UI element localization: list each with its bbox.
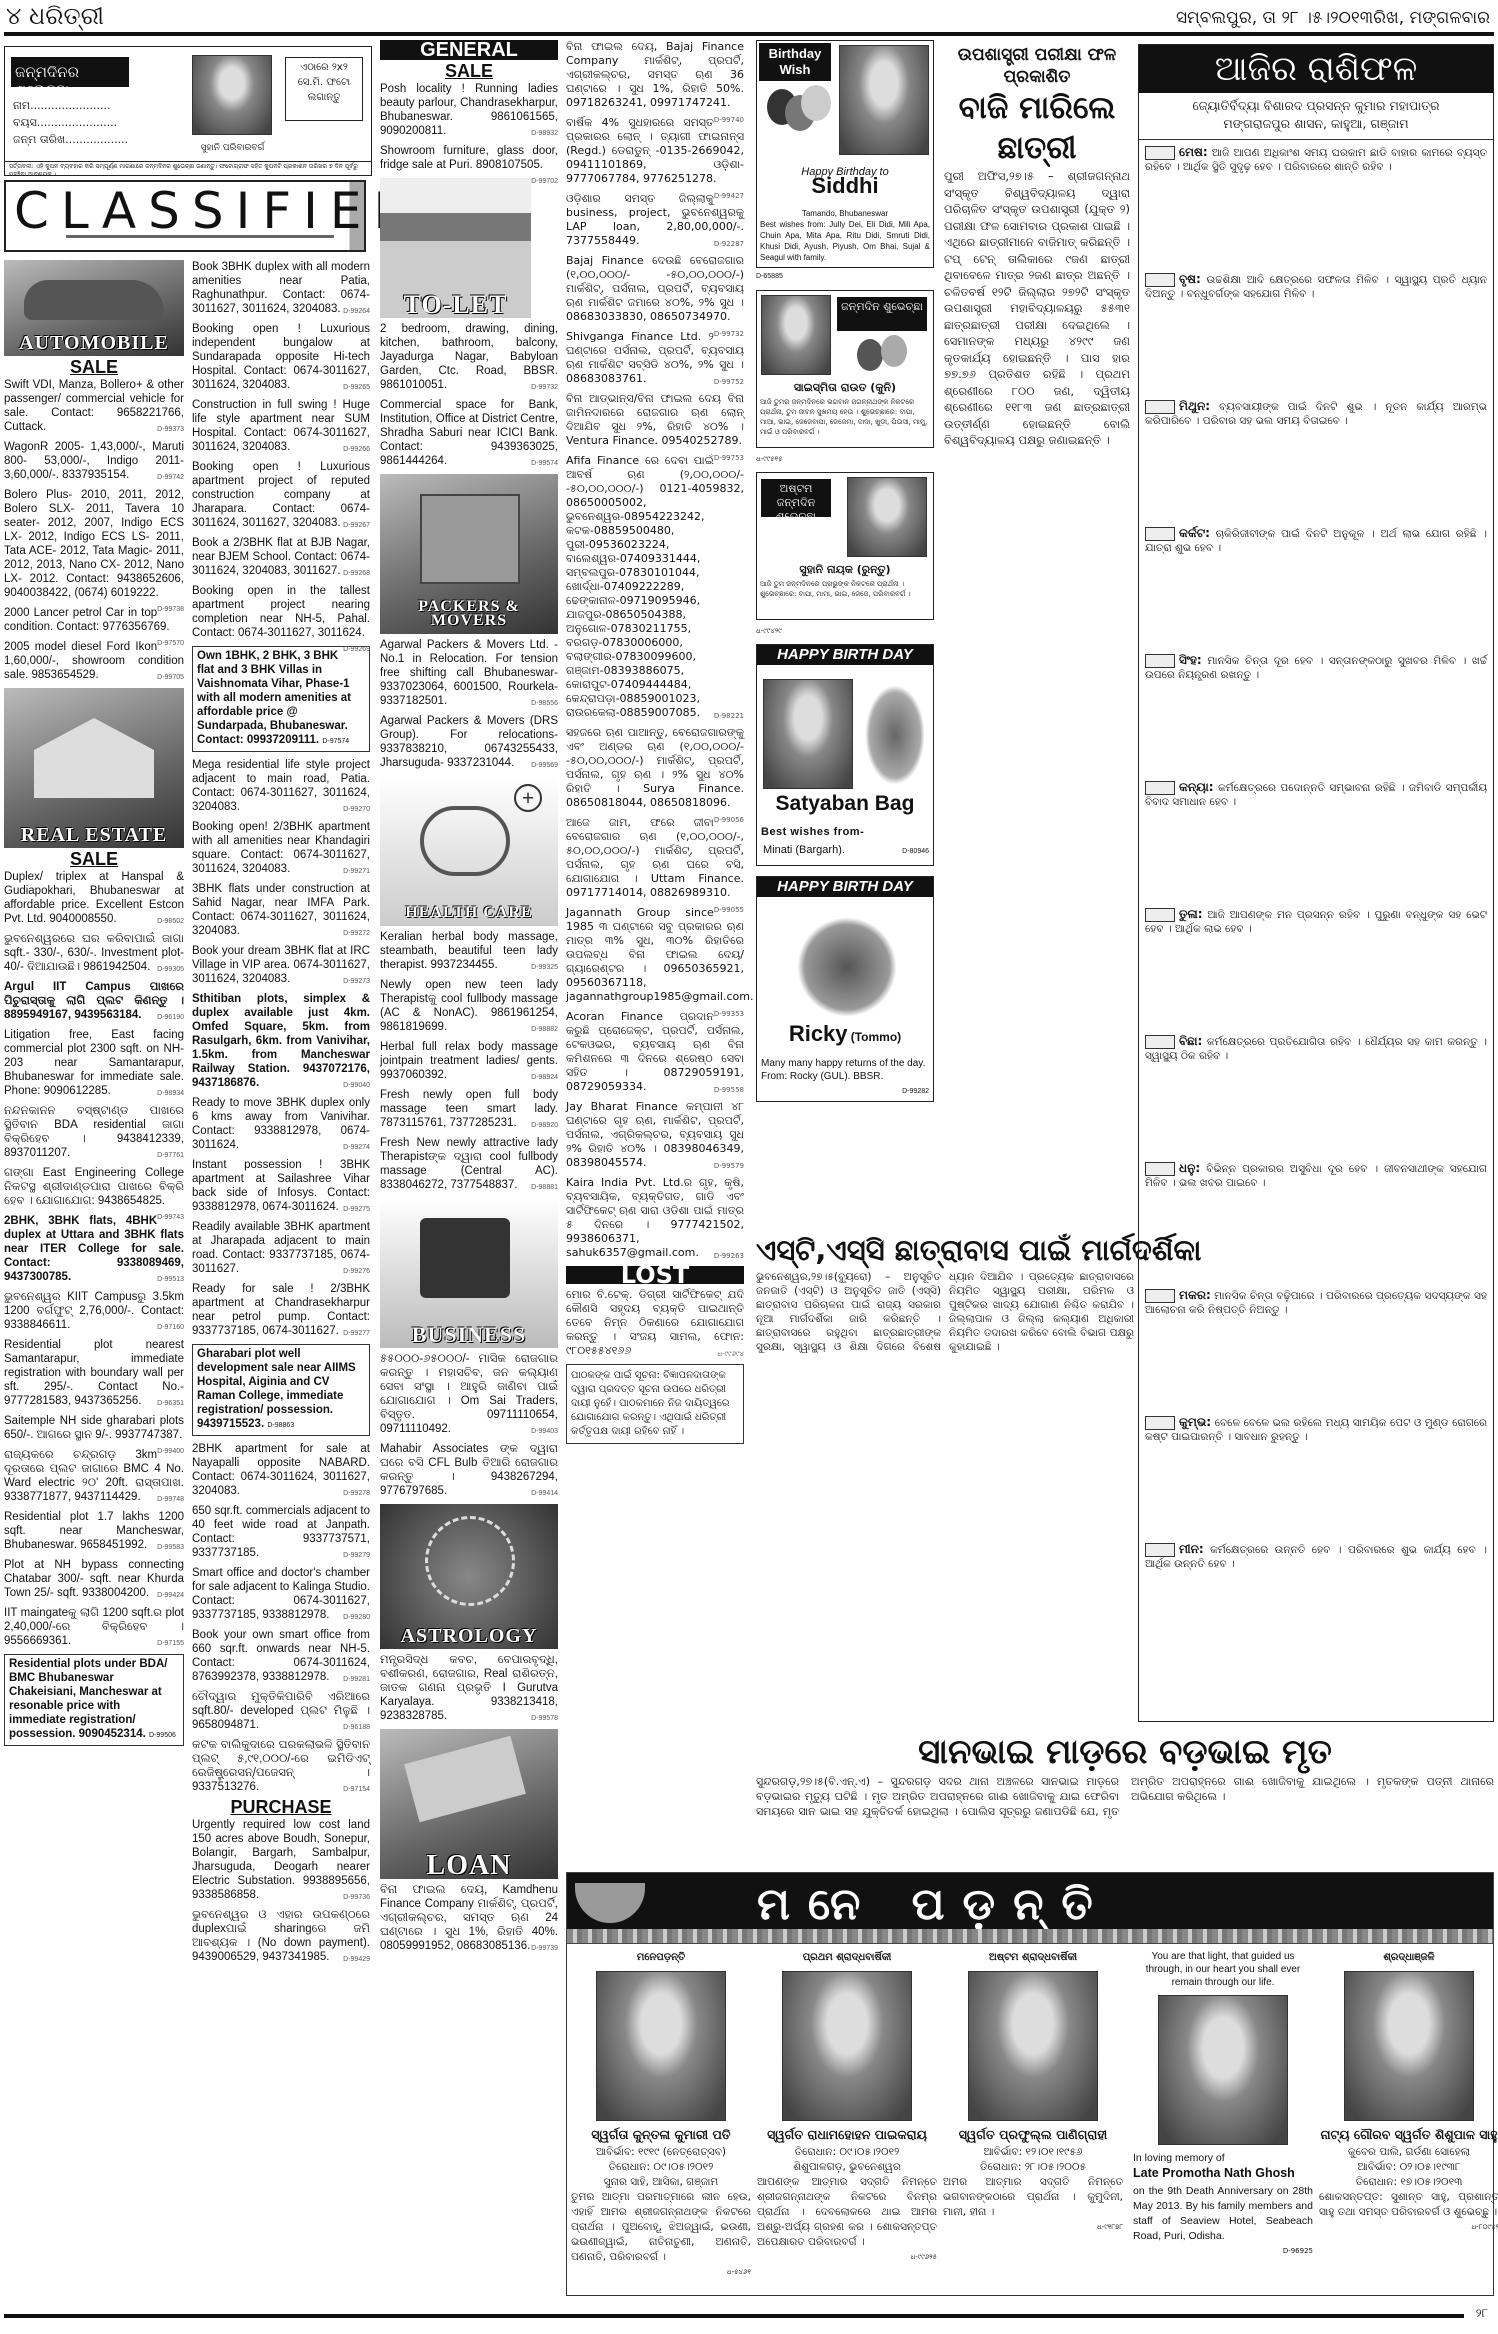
zodiac-sign-icon: [1145, 273, 1175, 287]
ad-code: D-99269: [343, 643, 370, 657]
sign-name: ସିଂହ: [1179, 653, 1197, 667]
ad-code: ଧ-୮୦୯୪୨: [1319, 2220, 1498, 2235]
classified-ad: Smart office and doctor's chamber for sa…: [192, 1566, 370, 1622]
ad-code: D-99264: [343, 305, 370, 319]
ad-code: D-99403: [531, 1425, 558, 1439]
ad-text: Saitemple NH side gharabari plots 650/-.…: [4, 1415, 184, 1441]
classified-ad: Plot at NH bypass connecting Chatabar 30…: [4, 1558, 184, 1600]
memorial-text: ଅମର ଆତ୍ମାର ସଦ୍‌ଗତି ନିମନ୍ତେ ଭଗବାନଙ୍କଠାରେ …: [943, 2175, 1123, 2220]
classified-ad: Afifa Finance ରେ ଦେବା ପାଇଁ ଆବର୍ଷ ଋଣ (୨,୦…: [566, 454, 744, 720]
odia-birthday-name: ସାଇସ୍ମିତା ରାଉତ (କୁନି): [757, 381, 933, 395]
coupon-field-age: ବୟସ.......................: [13, 114, 128, 131]
classified-ad: ମୋର ବି.ଟେକ୍. ଡିଗ୍ରୀ ସାର୍ଟିଫିକେଟ୍ ଯଦି କୌଣ…: [566, 1288, 744, 1358]
ad-code: D-99278: [343, 1487, 370, 1501]
memorial-entry: ମନେପଡ଼ନ୍ତିସ୍ୱର୍ଗତା କୁନ୍ତଳା କୁମାରୀ ପତିଆବି…: [571, 1950, 751, 2280]
news-story-exam-results: ଉପଶାସ୍ତ୍ରୀ ପରୀକ୍ଷା ଫଳ ପ୍ରକାଶିତ ବାଜି ମାରି…: [944, 44, 1130, 1298]
odia-birthday-ad-2: ଅଷ୍ଟମ ଜନ୍ମଦିନ ଶୁଭେଚ୍ଛା ସୁହାନି ନାୟକ (ରୁନ୍…: [756, 472, 934, 620]
memorial-caption: ଶ୍ରଦ୍ଧାଞ୍ଜଳି: [1319, 1950, 1498, 1965]
ad-text: 2000 Lancer petrol Car in top condition.…: [4, 607, 170, 633]
classified-ad: Sthitiban plots, simplex & duplex availa…: [192, 992, 370, 1090]
birthday-name: Siddhi: [757, 179, 933, 193]
memorial-banner: ମନେ ପଡ଼ନ୍ତି: [566, 1872, 1494, 1944]
ad-code: D-99281: [343, 1673, 370, 1687]
classified-ad: Residential plot nearest Samantarapur, i…: [4, 1338, 184, 1408]
classified-ad: Booking open ! Luxurious apartment proje…: [192, 460, 370, 530]
classified-ad: ଗଙ୍ଗା East Engineering College ନିକଟସ୍ଥ ଶ…: [4, 1166, 184, 1208]
automobile-ads: Swift VDI, Manza, Bollero+ & other passe…: [4, 378, 184, 682]
horoscope-author: ଜ୍ୟୋତିର୍ବିଦ୍ୟା ବିଶାରଦ ପ୍ରସନ୍ନ କୁମାର ମହାପ…: [1139, 93, 1493, 140]
horoscope-sign-entry: ମୀନ: କର୍ମକ୍ଷେତ୍ରରେ ଉନ୍ନତି ହେବ । ପରିବାରରେ…: [1145, 1542, 1487, 1666]
classified-ad: Ready to move 3BHK duplex only 6 kms awa…: [192, 1096, 370, 1152]
classified-ad: 2BHK, 3BHK flats, 4BHK duplex at Uttara …: [4, 1214, 184, 1284]
zodiac-sign-icon: [1145, 1162, 1175, 1176]
classified-ad: Argul IIT Campus ପାଖରେ ପିଚୁରାସ୍ତାକୁ ଲାଗି…: [4, 980, 184, 1022]
classified-ad: Commercial space for Bank, Institution, …: [380, 398, 558, 468]
ad-code: ଧ-୯୯୬୯୪: [717, 1347, 744, 1361]
coupon-photo-caption: ସୁହାନି ପରିବାରବର୍ଗ: [190, 143, 275, 154]
story-body: ଭୁବନେଶ୍ୱର,୨୭।୫(ବ୍ୟୁରୋ) – ଅନୁସୂଚିତ ଜନଜାତି…: [756, 1270, 1134, 1584]
ad-code: D-99743: [157, 1211, 184, 1225]
classified-ad: Booking open in the tallest apartment pr…: [192, 584, 370, 640]
happy-birthday-ad-2: HAPPY BIRTH DAY Ricky (Tommo) Many many …: [756, 876, 934, 1102]
briefcase-icon: [420, 1218, 510, 1298]
ad-code: D-96925: [1133, 2244, 1313, 2259]
ad-code: D-98934: [157, 1087, 184, 1101]
ad-code: D-97160: [157, 1321, 184, 1335]
horoscope-panel: ଆଜିର ରାଶିଫଳ ଜ୍ୟୋତିର୍ବିଦ୍ୟା ବିଶାରଦ ପ୍ରସନ୍…: [1138, 44, 1494, 1722]
dateline: ସମ୍ବଲପୁର, ତା ୨୮ ।୫।୨୦୧୩ରିଖ, ମଙ୍ଗଳବାର: [1176, 8, 1490, 28]
memorial-caption: You are that light, that guided us throu…: [1133, 1950, 1313, 1989]
zodiac-sign-icon: [1145, 1543, 1175, 1557]
boxed-ad: Own 1BHK, 2 BHK, 3 BHK flat and 3 BHK Vi…: [192, 646, 370, 752]
memorial-detail-line: ତିରୋଧାନ: ୨୮।୦୫।୨୦୦୫: [943, 2160, 1123, 2175]
car-icon: [24, 280, 164, 320]
hbd-nickname: (Tommo): [851, 1030, 901, 1044]
sign-name: ତୁଳା: [1179, 907, 1198, 921]
ad-code: D-99569: [531, 759, 558, 773]
horoscope-sign-entry: ବୃଷ: ଉଚ୍ଚଶିକ୍ଷା ଆଦି କ୍ଷେତ୍ରରେ ସଫଳତା ମିଳି…: [1145, 272, 1487, 396]
memorial-detail-line: କୁବେର ପାଲି, ଗର୍ଡଣା ସୋହେଲା: [1319, 2145, 1498, 2160]
tolet-banner-image: TO-LET: [380, 178, 531, 318]
truck-icon: [420, 494, 520, 584]
balloon-icon: [801, 85, 831, 121]
ad-code: D-98502: [157, 915, 184, 929]
column-3: GENERAL SALE Posh locality ! Running lad…: [380, 40, 558, 1959]
ad-code: D-99277: [343, 1327, 370, 1341]
memorial-name: ନାଟ୍ୟ ଗୌରବ ସ୍ୱର୍ଗତ ଶିଶୁପାଳ ସାହୁ: [1319, 2127, 1498, 2142]
memorial-prefix: In loving memory of: [1133, 2151, 1313, 2166]
ad-code: D-98221: [714, 709, 744, 723]
ad-code: D-99739: [531, 1942, 558, 1956]
ad-code: D-99578: [531, 1712, 558, 1726]
business-banner-image: BUSINESS: [380, 1198, 558, 1348]
classified-ad: IIT maingateକୁ ଲାଗି 1200 sqft.ର plot 2,4…: [4, 1606, 184, 1648]
classified-ad: Booking open! 2/3BHK apartment with all …: [192, 820, 370, 876]
classified-ad: ବିନା ଆଡ୍‌ଭାନ୍ସ/ବିନା ଫାଇଲ ଦେୟ ବିନା ଜାମିନଦ…: [566, 392, 744, 448]
memorial-name: Late Promotha Nath Ghosh: [1133, 2166, 1313, 2181]
ad-code: D-99305: [157, 963, 184, 977]
memorial-section: ମନେପଡ଼ନ୍ତିସ୍ୱର୍ଗତା କୁନ୍ତଳା କୁମାରୀ ପତିଆବି…: [566, 1944, 1494, 2296]
memorial-name: ସ୍ୱର୍ଗତା କୁନ୍ତଳା କୁମାରୀ ପତି: [571, 2127, 751, 2142]
classified-ad: କଟକ ବାଲିକୁଦାରେ ଘରକଲାଭଳି ସ୍ଥିତିବାନ ପ୍ଲଟ୍ …: [192, 1738, 370, 1794]
classified-ad: Mega residential life style project adja…: [192, 758, 370, 814]
ad-code: D-99267: [343, 519, 370, 533]
house-icon: [34, 718, 154, 798]
flower-bouquet-icon: [797, 917, 897, 1017]
reader-disclaimer: ପାଠକଙ୍କ ପାଇଁ ସୂଚନା: ବିଜ୍ଞାପନଦାତାଙ୍କ ଦ୍ୱା…: [566, 1364, 744, 1444]
ad-code: D-99752: [714, 375, 744, 389]
classified-ad: ନନ୍ଦନକାନନ ବସ୍‌ଷ୍ଟାଣ୍ଡ ପାଖରେ ସ୍ଥିତିବାନ BD…: [4, 1104, 184, 1160]
hbd-banner: HAPPY BIRTH DAY: [757, 877, 933, 897]
memorial-detail-line: ଶିଶୁପାଳଗଡ଼, ଭୁବନେଶ୍ୱର: [757, 2160, 937, 2175]
memorial-title: ମନେ ପଡ଼ନ୍ତି: [757, 1879, 1111, 1930]
birthday-wish-ad: Birthday Wish Happy Birthday to Siddhi T…: [756, 40, 934, 268]
classified-ad: Ready for sale ! 2/3BHK apartment at Cha…: [192, 1282, 370, 1338]
lost-banner: LOST: [566, 1266, 744, 1284]
sign-name: ବିଛା: [1179, 1034, 1198, 1048]
classified-ad: 2000 Lancer petrol Car in top condition.…: [4, 606, 184, 634]
memorial-entry: ପ୍ରଥମ ଶ୍ରାଦ୍ଧବାର୍ଷିକୀସ୍ୱର୍ଗତ ରାଧାମହୋହନ ପ…: [757, 1950, 937, 2265]
ad-code: D-99738: [157, 603, 184, 617]
ad-code: D-98882: [531, 1023, 558, 1037]
ad-code: ଧ-୫୪୬୧: [571, 2265, 751, 2280]
horoscope-sign-entry: ମିଥୁନ: ବ୍ୟବସାୟୀଙ୍କ ପାଇଁ ଦିନଟି ଶୁଭ । ନୂତନ…: [1145, 399, 1487, 523]
classified-ad: Posh locality ! Running ladies beauty pa…: [380, 82, 558, 138]
finance-ads: ବିନା ଫାଇଲ ଦେୟ, Bajaj Finance Company ମାର…: [566, 40, 744, 1260]
ad-code: D-99732: [714, 327, 744, 341]
ad-code: D-99732: [531, 381, 558, 395]
banner-underline: [66, 235, 334, 238]
hbd-name: Satyaban Bag: [757, 797, 933, 811]
horoscope-title: ଆଜିର ରାଶିଫଳ: [1139, 45, 1493, 93]
ad-text: Urgently required low cost land 150 acre…: [192, 1819, 370, 1901]
coupon-field-dob: ଜନ୍ମ ତାରିଖ..................: [13, 131, 128, 148]
classified-ad: ରାଜ୍ୟକରେ ଚନ୍ଦ୍ରଗଡ଼ 3km ଦୂରତାରେ ପ୍ଲଟ ଜାଗା…: [4, 1448, 184, 1504]
classified-ad: ୫୫୦୦୦-୬୫୦୦୦/- ମାସିକ ରୋଜଗାର କରନ୍ତୁ । ମହାସ…: [380, 1352, 558, 1436]
horoscope-sign-entry: ସିଂହ: ମାନସିକ ଚିନ୍ତା ଦୂର ହେବ । ସନ୍ତାନଙ୍କଠ…: [1145, 653, 1487, 777]
odia-birthday-banner: ଜନ୍ମଦିନ ଶୁଭେଚ୍ଛା: [837, 297, 927, 331]
story-body: ସୁନ୍ଦରଗଡ଼,୨୭।୫(ବି.ଏନ୍.ଏ) – ସୁନ୍ଦରଗଡ଼ ସଦର…: [756, 1774, 1494, 1866]
ad-text: Bolero Plus- 2010, 2011, 2012, Bolero SL…: [4, 489, 184, 599]
ad-code: D-99274: [343, 1141, 370, 1155]
ad-code: D-99702: [531, 175, 558, 189]
column-5: Birthday Wish Happy Birthday to Siddhi T…: [756, 40, 934, 1102]
story-kicker: ଉପଶାସ୍ତ୍ରୀ ପରୀକ୍ଷା ଫଳ ପ୍ରକାଶିତ: [944, 44, 1130, 88]
memorial-photo: [1344, 1971, 1474, 2121]
automobile-sale-heading: SALE: [4, 360, 184, 374]
ad-text: ସହଜରେ ଋଣ ପାଆନ୍ତୁ, ବେରୋଜଗାରଙ୍କୁ ଏବଂ ଅଣ୍ଡର…: [566, 726, 744, 809]
sign-name: ବୃଷ: [1179, 272, 1196, 286]
news-story-brother-killed: ସାନଭାଇ ମାଡ଼ରେ ବଡ଼ଭାଇ ମୃତ ସୁନ୍ଦରଗଡ଼,୨୭।୫(…: [756, 1730, 1494, 1866]
hbd-banner: HAPPY BIRTH DAY: [757, 645, 933, 665]
memorial-detail-line: ଆବିର୍ଭାବ: ୧୯୧୯ (ନେତ୍ରୋତ୍ସବ): [571, 2145, 751, 2160]
ad-text: Bajaj Finance ଦେଉଛି ବେରୋଜଗାର (୧,୦୦,୦୦୦/-…: [566, 254, 744, 323]
currency-notes-icon: [404, 1736, 526, 1822]
ad-text: Showroom furniture, glass door, fridge s…: [380, 145, 558, 171]
memorial-detail-line: ତିରୋଧାନ: ୦୯।୦୫।୨୦୧୨: [757, 2145, 937, 2160]
ad-code: D-98556: [531, 697, 558, 711]
coupon-photo-placeholder: ଏଠାରେ ୨x୨ ସେ.ମି. ଫଟୋ ଲଗାନ୍ତୁ: [285, 57, 363, 121]
ad-text: Acoran Finance ପ୍ରଦାନ କରୁଛି ପ୍ରୋଜେକ୍ଟ, ପ…: [566, 1010, 744, 1093]
ad-code: D-99282: [902, 1085, 929, 1099]
health-banner-image: + HEALTH CARE: [380, 776, 558, 926]
classified-ad: Fresh New newly attractive lady Therapis…: [380, 1136, 558, 1192]
classified-ad: Agarwal Packers & Movers Ltd. - No.1 in …: [380, 638, 558, 708]
classified-ad: Instant possession ! 3BHK apartment at S…: [192, 1158, 370, 1214]
ad-code: D-96190: [157, 1011, 184, 1025]
horoscope-sign-entry: ମେଷ: ଆଜି ଆପଣ ଅଧିକାଂଶ ସମୟ ଘରକାମ ଛାଡି ବାହା…: [1145, 145, 1487, 269]
real-estate-col2-ads-c: 2BHK apartment for sale at Nayapalli opp…: [192, 1442, 370, 1794]
astrology-ads: ମନ୍ତ୍ରସିଦ୍ଧ କବଚ, ବେପାରବୃଦ୍ଧି, ବଶୀକରଣ, ରୋ…: [380, 1653, 558, 1723]
classified-ad: Swift VDI, Manza, Bollero+ & other passe…: [4, 378, 184, 434]
classified-ad: ମନ୍ତ୍ରସିଦ୍ଧ କବଚ, ବେପାରବୃଦ୍ଧି, ବଶୀକରଣ, ରୋ…: [380, 1653, 558, 1723]
ad-code: D-99353: [714, 1007, 744, 1021]
memorial-text: ଆପଣଙ୍କ ଆତ୍ମାର ସଦ୍‌ଗତି ନିମନ୍ତେ ଶ୍ରୀଜଗନ୍ନା…: [757, 2175, 937, 2250]
ad-text: Sthitiban plots, simplex & duplex availa…: [192, 993, 370, 1089]
zodiac-sign-icon: [1145, 908, 1175, 922]
classified-ad: ଆଜେ ଜାମ, ଫରେ ଜୀବା ବେରୋଜଗାର ଋଣ (୧,୦୦,୦୦୦/…: [566, 816, 744, 900]
classified-ad: Urgently required low cost land 150 acre…: [192, 1818, 370, 1902]
ad-code: D-99325: [531, 961, 558, 975]
sign-name: ଧନୁ: [1179, 1161, 1195, 1175]
classified-ad: 3BHK flats under construction at Sahid N…: [192, 882, 370, 938]
sign-name: ମକର: [1179, 1288, 1206, 1302]
memorial-text: on the 9th Death Anniversary on 28th May…: [1133, 2184, 1313, 2244]
odia-birthday-text: ଆଜି ତୁମ ଜନ୍ମଦିନରେ ପ୍ରଭୁଙ୍କ ନିକଟରେ ପ୍ରାର୍…: [760, 579, 930, 599]
purchase-heading: PURCHASE: [192, 1800, 370, 1814]
memorial-name: ସ୍ୱର୍ଗତ ପ୍ରଫୁଲ୍ଲ ପାଣିଗ୍ରାହୀ: [943, 2127, 1123, 2142]
classified-ad: Kaira India Pvt. Ltd.ର ଗୃହ, କୃଷି, ବ୍ୟବସା…: [566, 1176, 744, 1260]
ad-code: D-99400: [157, 1445, 184, 1459]
balloon-icon: [857, 339, 883, 371]
classified-ad: ସହଜରେ ଋଣ ପାଆନ୍ତୁ, ବେରୋଜଗାରଙ୍କୁ ଏବଂ ଅଣ୍ଡର…: [566, 726, 744, 810]
ad-text: Jagannath Group since 1985 ୩ ଘଣ୍ଟାରେ ସବୁ…: [566, 906, 753, 1003]
ad-code: D-97570: [157, 637, 184, 651]
ad-code: D-99040: [343, 1079, 370, 1093]
ad-code: D-96351: [157, 1397, 184, 1411]
classified-ad: Book 3BHK duplex with all modern ameniti…: [192, 260, 370, 316]
classified-ad: Keralian herbal body massage, steambath,…: [380, 930, 558, 972]
classified-ad: Booking open ! Luxurious independent bun…: [192, 322, 370, 392]
birthday-wish-banner: Birthday Wish: [759, 43, 831, 81]
ad-code: D-99270: [343, 803, 370, 817]
zodiac-sign-icon: [1145, 654, 1175, 668]
zodiac-sign-icon: [1145, 781, 1175, 795]
ad-code: ଧ-୯୯୫୧୫: [756, 452, 934, 466]
real-estate-sale-heading: SALE: [4, 852, 184, 866]
ad-code: D-99424: [157, 1589, 184, 1603]
ad-text: ୫୫୦୦୦-୬୫୦୦୦/- ମାସିକ ରୋଜଗାର କରନ୍ତୁ । ମହାସ…: [380, 1353, 558, 1435]
ad-code: D-99705: [157, 671, 184, 685]
zodiac-sign-icon: [1145, 1416, 1175, 1430]
classified-ad: Fresh newly open full body massage teen …: [380, 1088, 558, 1130]
sign-name: କୁମ୍ଭ: [1179, 1415, 1206, 1429]
sign-name: କର୍କଟ: [1179, 526, 1205, 540]
real-estate-col2-ads: Book 3BHK duplex with all modern ameniti…: [192, 260, 370, 640]
ad-code: D-99271: [343, 865, 370, 879]
boxed-ad: Gharabari plot well development sale nea…: [192, 1344, 370, 1436]
classified-ad: Jagannath Group since 1985 ୩ ଘଣ୍ଟାରେ ସବୁ…: [566, 906, 744, 1004]
news-story-hostel-guidelines: ଏସ୍‌ଟି,ଏସ୍‌ସି ଛାତ୍ରାବାସ ପାଇଁ ମାର୍ଗଦର୍ଶିକ…: [756, 1230, 1134, 1584]
ad-code: D-99263: [714, 1249, 744, 1263]
story-body: ପୁରୀ ଅଫିସ,୨୭।୫ – ଶ୍ରୀଜଗନ୍ନାଥ ସଂସ୍କୃତ ବିଶ…: [944, 168, 1130, 1298]
classified-ad: Construction in full swing ! Huge life s…: [192, 398, 370, 454]
general-banner: GENERAL: [380, 40, 558, 60]
odia-birthday-ad-1: ଜନ୍ମଦିନ ଶୁଭେଚ୍ଛା ସାଇସ୍ମିତା ରାଉତ (କୁନି) ଆ…: [756, 290, 934, 448]
ad-code: D-99583: [157, 1541, 184, 1555]
story-headline: ଏସ୍‌ଟି,ଏସ୍‌ସି ଛାତ୍ରାବାସ ପାଇଁ ମାର୍ଗଦର୍ଶିକ…: [756, 1230, 1134, 1270]
ad-code: D-99748: [157, 1493, 184, 1507]
ad-code: D-99268: [343, 567, 370, 581]
real-estate-col2-ads-b: Mega residential life style project adja…: [192, 758, 370, 1338]
story-headline: ସାନଭାଇ ମାଡ଼ରେ ବଡ଼ଭାଇ ମୃତ: [756, 1730, 1494, 1774]
classified-banner: CLASSIFIED: [4, 180, 366, 252]
coupon-note: ସର୍ତ୍ତାବଳୀ: ଏହି କୁପନ ବ୍ୟବହାର କରି ସମ୍ପୂର୍…: [4, 162, 372, 176]
zodiac-sign-icon: [1145, 527, 1175, 541]
ad-code: D-99266: [343, 443, 370, 457]
classified-ad: Herbal full relax body massage jointpain…: [380, 1040, 558, 1082]
memorial-name: ସ୍ୱର୍ଗତ ରାଧାମହୋହନ ପାଇକରାୟ: [757, 2127, 937, 2142]
ad-code: D-99414: [531, 1487, 558, 1501]
zodiac-sign-icon: [1145, 146, 1175, 160]
horoscope-sign-entry: ମକର: ମାନସିକ ଚିନ୍ତା ବଢ଼ିପାରେ । ପରିବାରରେ ପ…: [1145, 1288, 1487, 1412]
stethoscope-icon: [420, 806, 510, 876]
memorial-caption: ଅଷ୍ଟମ ଶ୍ରାଦ୍ଧବାର୍ଷିକୀ: [943, 1950, 1123, 1965]
birthday-coupon: ଜନ୍ମଦିନର ଶୁଭେଚ୍ଛା ନାମ...................…: [4, 46, 372, 162]
ad-code: D-99279: [343, 1549, 370, 1563]
general-ads: Posh locality ! Running ladies beauty pa…: [380, 82, 558, 172]
ad-code: D-98920: [531, 1119, 558, 1133]
classified-ad: Mahabir Associates ଙ୍କ ଦ୍ୱାରା ଘରେ ବସି CF…: [380, 1442, 558, 1498]
classified-ad: Book a 2/3BHK flat at BJB Nagar, near BJ…: [192, 536, 370, 578]
memorial-detail-line: ସୁନାର ସାହି, ଆସିକା, ଗଞ୍ଜାମ: [571, 2175, 751, 2190]
classified-ad: Saitemple NH side gharabari plots 650/-.…: [4, 1414, 184, 1442]
classified-ad: ବିନା ଫାଇଲ ଦେୟ, Bajaj Finance Company ମାର…: [566, 40, 744, 110]
ad-code: D-98932: [531, 127, 558, 141]
ad-code: D-99574: [531, 457, 558, 471]
classified-ad: ବିନା ଫାଇଲ ଦେୟ, Kamdhenu Finance Company …: [380, 1883, 558, 1953]
ad-code: D-99742: [157, 471, 184, 485]
flower-bouquet-icon: [865, 685, 925, 785]
column-1: AUTOMOBILE SALE Swift VDI, Manza, Boller…: [4, 260, 184, 1752]
memorial-photo: [782, 1971, 912, 2121]
memorial-detail-line: ଆବିର୍ଭାବ: ୧୨।୦୧।୧୯୫୬: [943, 2145, 1123, 2160]
ad-code: D-99276: [343, 1265, 370, 1279]
coupon-fields: ନାମ....................... ବୟସ..........…: [13, 97, 128, 148]
odia-birthday-name: ସୁହାନି ନାୟକ (ରୁନ୍ତୁ): [757, 563, 933, 577]
ad-code: ଧ-୯୯୬୨୫: [757, 2250, 937, 2265]
classified-ad: Residential plot 1.7 lakhs 1200 sqft. ne…: [4, 1510, 184, 1552]
classified-ad: Agarwal Packers & Movers (DRS Group). Fo…: [380, 714, 558, 770]
ad-code: D-98881: [531, 1181, 558, 1195]
masthead: ୪ ଧରିତ୍ରୀ ସମ୍ବଲପୁର, ତା ୨୮ ।୫।୨୦୧୩ରିଖ, ମଙ…: [0, 0, 1498, 34]
sign-name: ମୀନ: [1179, 1542, 1199, 1556]
birthday-wishes-from: Best wishes from: Jully Dei, Eli Didi, M…: [760, 219, 930, 263]
memorial-text: ତୁମର ଆତ୍ମା ପରମାତ୍ମାରେ ଲୀନ ହେଉ, ଏହାହିଁ ଆମ…: [571, 2190, 751, 2265]
classified-ad: 650 sqr.ft. commercials adjacent to 40 f…: [192, 1504, 370, 1560]
coupon-field-name: ନାମ.......................: [13, 97, 128, 114]
child-photo: [847, 477, 927, 557]
coupon-sample-photo: [192, 55, 272, 135]
classified-ad: Bajaj Finance ଦେଉଛି ବେରୋଜଗାର (୧,୦୦,୦୦୦/-…: [566, 254, 744, 324]
packers-banner-image: PACKERS & MOVERS: [380, 474, 558, 634]
lost-ads: ମୋର ବି.ଟେକ୍. ଡିଗ୍ରୀ ସାର୍ଟିଫିକେଟ୍ ଯଦି କୌଣ…: [566, 1288, 744, 1358]
zodiac-sign-icon: [1145, 1289, 1175, 1303]
child-photo: [839, 45, 929, 155]
memorial-photo: [1158, 1995, 1288, 2145]
ad-code: ଧ-୯୧୮୭୮: [943, 2220, 1123, 2235]
real-estate-col1-ads: Duplex/ triplex at Hanspal & Gudiapokhar…: [4, 870, 184, 1648]
odia-birthday-text: ଆଜି ତୁମର ଜନ୍ମଦିନରେ ଭଗବାନ ଜଗନ୍ନାଥଙ୍କ ନିକଟ…: [760, 397, 930, 437]
coupon-title: ଜନ୍ମଦିନର ଶୁଭେଚ୍ଛା: [11, 57, 129, 87]
ad-code: D-99736: [343, 1891, 370, 1905]
packers-ads: Agarwal Packers & Movers Ltd. - No.1 in …: [380, 638, 558, 770]
medical-cross-icon: +: [514, 784, 542, 812]
memorial-photo: [968, 1971, 1098, 2121]
automobile-banner-image: AUTOMOBILE: [4, 260, 184, 356]
horoscope-sign-entry: କୁମ୍ଭ: ବେଳେ ବେଳେ ଭଲ ରହିଲେ ମଧ୍ୟ ସାମୟିକ ପେ…: [1145, 1415, 1487, 1539]
classified-ad: ଭୁବନେଶ୍ୱରରେ ଘର କରିବାପାଇଁ ଜାଗା sqft.- 330…: [4, 932, 184, 974]
classified-ad: 2005 model diesel Ford Ikon 1,60,000/-, …: [4, 640, 184, 682]
classified-ad: Acoran Finance ପ୍ରଦାନ କରୁଛି ପ୍ରୋଜେକ୍ଟ, ପ…: [566, 1010, 744, 1094]
ad-code: D-99579: [714, 1159, 744, 1173]
ad-text: Booking open in the tallest apartment pr…: [192, 585, 370, 639]
classified-ad: Readily available 3BHK apartment at Jhar…: [192, 1220, 370, 1276]
bottom-rule: [4, 2314, 1464, 2318]
ad-text: Kaira India Pvt. Ltd.ର ଗୃହ, କୃଷି, ବ୍ୟବସା…: [566, 1176, 744, 1259]
zodiac-sign-icon: [1145, 400, 1175, 414]
ad-text: ଗଙ୍ଗା East Engineering College ନିକଟସ୍ଥ ଶ…: [4, 1167, 184, 1207]
tolet-ads: 2 bedroom, drawing, dining, kitchen, bat…: [380, 322, 558, 468]
sign-name: କନ୍ୟା: [1179, 780, 1209, 794]
ad-code: ଧ-୯୯୪୨୯: [756, 624, 934, 638]
ad-code: D-97761: [157, 1149, 184, 1163]
classified-ad: 2 bedroom, drawing, dining, kitchen, bat…: [380, 322, 558, 392]
memorial-detail-line: ଆବିର୍ଭାବ: ୦୨।୦୫।୧୯୩୮: [1319, 2160, 1498, 2175]
loan-ads: ବିନା ଫାଇଲ ଦେୟ, Kamdhenu Finance Company …: [380, 1883, 558, 1953]
zodiac-sign-icon: [1145, 1035, 1175, 1049]
classified-ad: ଭୁବନେଶ୍ୱର KIIT Campusରୁ 3.5km 1200 ବର୍ଗଫ…: [4, 1290, 184, 1332]
ad-text: ଆଜେ ଜାମ, ଫରେ ଜୀବା ବେରୋଜଗାର ଋଣ (୧,୦୦,୦୦୦/…: [566, 816, 744, 899]
classified-ad: Duplex/ triplex at Hanspal & Gudiapokhar…: [4, 870, 184, 926]
ad-code: D-98924: [531, 1071, 558, 1085]
horoscope-sign-entry: ତୁଳା: ଆଜି ଆପଣଙ୍କ ମନ ପ୍ରସନ୍ନ ରହିବ । ପୁରୁଣ…: [1145, 907, 1487, 1031]
classified-ad: ଚୌଦ୍ୱାର ମୁକ୍ତିକିପାରିବି ଏରିଆରେ sqft.80/- …: [192, 1690, 370, 1732]
ad-text: ବିନା ଆଡ୍‌ଭାନ୍ସ/ବିନା ଫାଇଲ ଦେୟ ବିନା ଜାମିନଦ…: [566, 392, 744, 447]
horoscope-list: ମେଷ: ଆଜି ଆପଣ ଅଧିକାଂଶ ସମୟ ଘରକାମ ଛାଡି ବାହା…: [1139, 140, 1493, 1671]
general-sale-heading: SALE: [380, 64, 558, 78]
zodiac-wheel-icon: [425, 1516, 515, 1606]
horoscope-sign-entry: କନ୍ୟା: କର୍ମକ୍ଷେତ୍ରରେ ପଦୋନ୍ନତି ସମ୍ଭାବନା ର…: [1145, 780, 1487, 904]
horoscope-sign-entry: ଧନୁ: ବିଭିନ୍ନ ପ୍ରକାରର ଅସୁବିଧା ଦୂର ହେବ । ଜ…: [1145, 1161, 1487, 1285]
diya-lamp-icon: [575, 1883, 645, 1923]
hbd-name-line: Ricky (Tommo): [757, 1027, 933, 1045]
ad-code: D-99373: [157, 423, 184, 437]
boxed-ad: Residential plots under BDA/ BMC Bhubane…: [4, 1654, 184, 1746]
balloon-icon: [881, 335, 907, 367]
ad-code: D-99753: [714, 451, 744, 465]
classified-ad: Book your dream 3BHK flat at IRC Village…: [192, 944, 370, 986]
ad-code: D-97155: [157, 1637, 184, 1651]
ad-text: Afifa Finance ରେ ଦେବା ପାଇଁ ଆବର୍ଷ ଋଣ (୨,୦…: [566, 454, 744, 719]
ad-code: D-96188: [343, 1721, 370, 1735]
child-photo: [761, 295, 831, 375]
ad-code: D-99740: [714, 113, 744, 127]
ad-code: D-99429: [343, 1953, 370, 1967]
ad-code: D-99275: [343, 1203, 370, 1217]
ad-code: D-99272: [343, 927, 370, 941]
story-headline: ବାଜି ମାରିଲେ ଛାତ୍ରୀ: [944, 88, 1130, 168]
